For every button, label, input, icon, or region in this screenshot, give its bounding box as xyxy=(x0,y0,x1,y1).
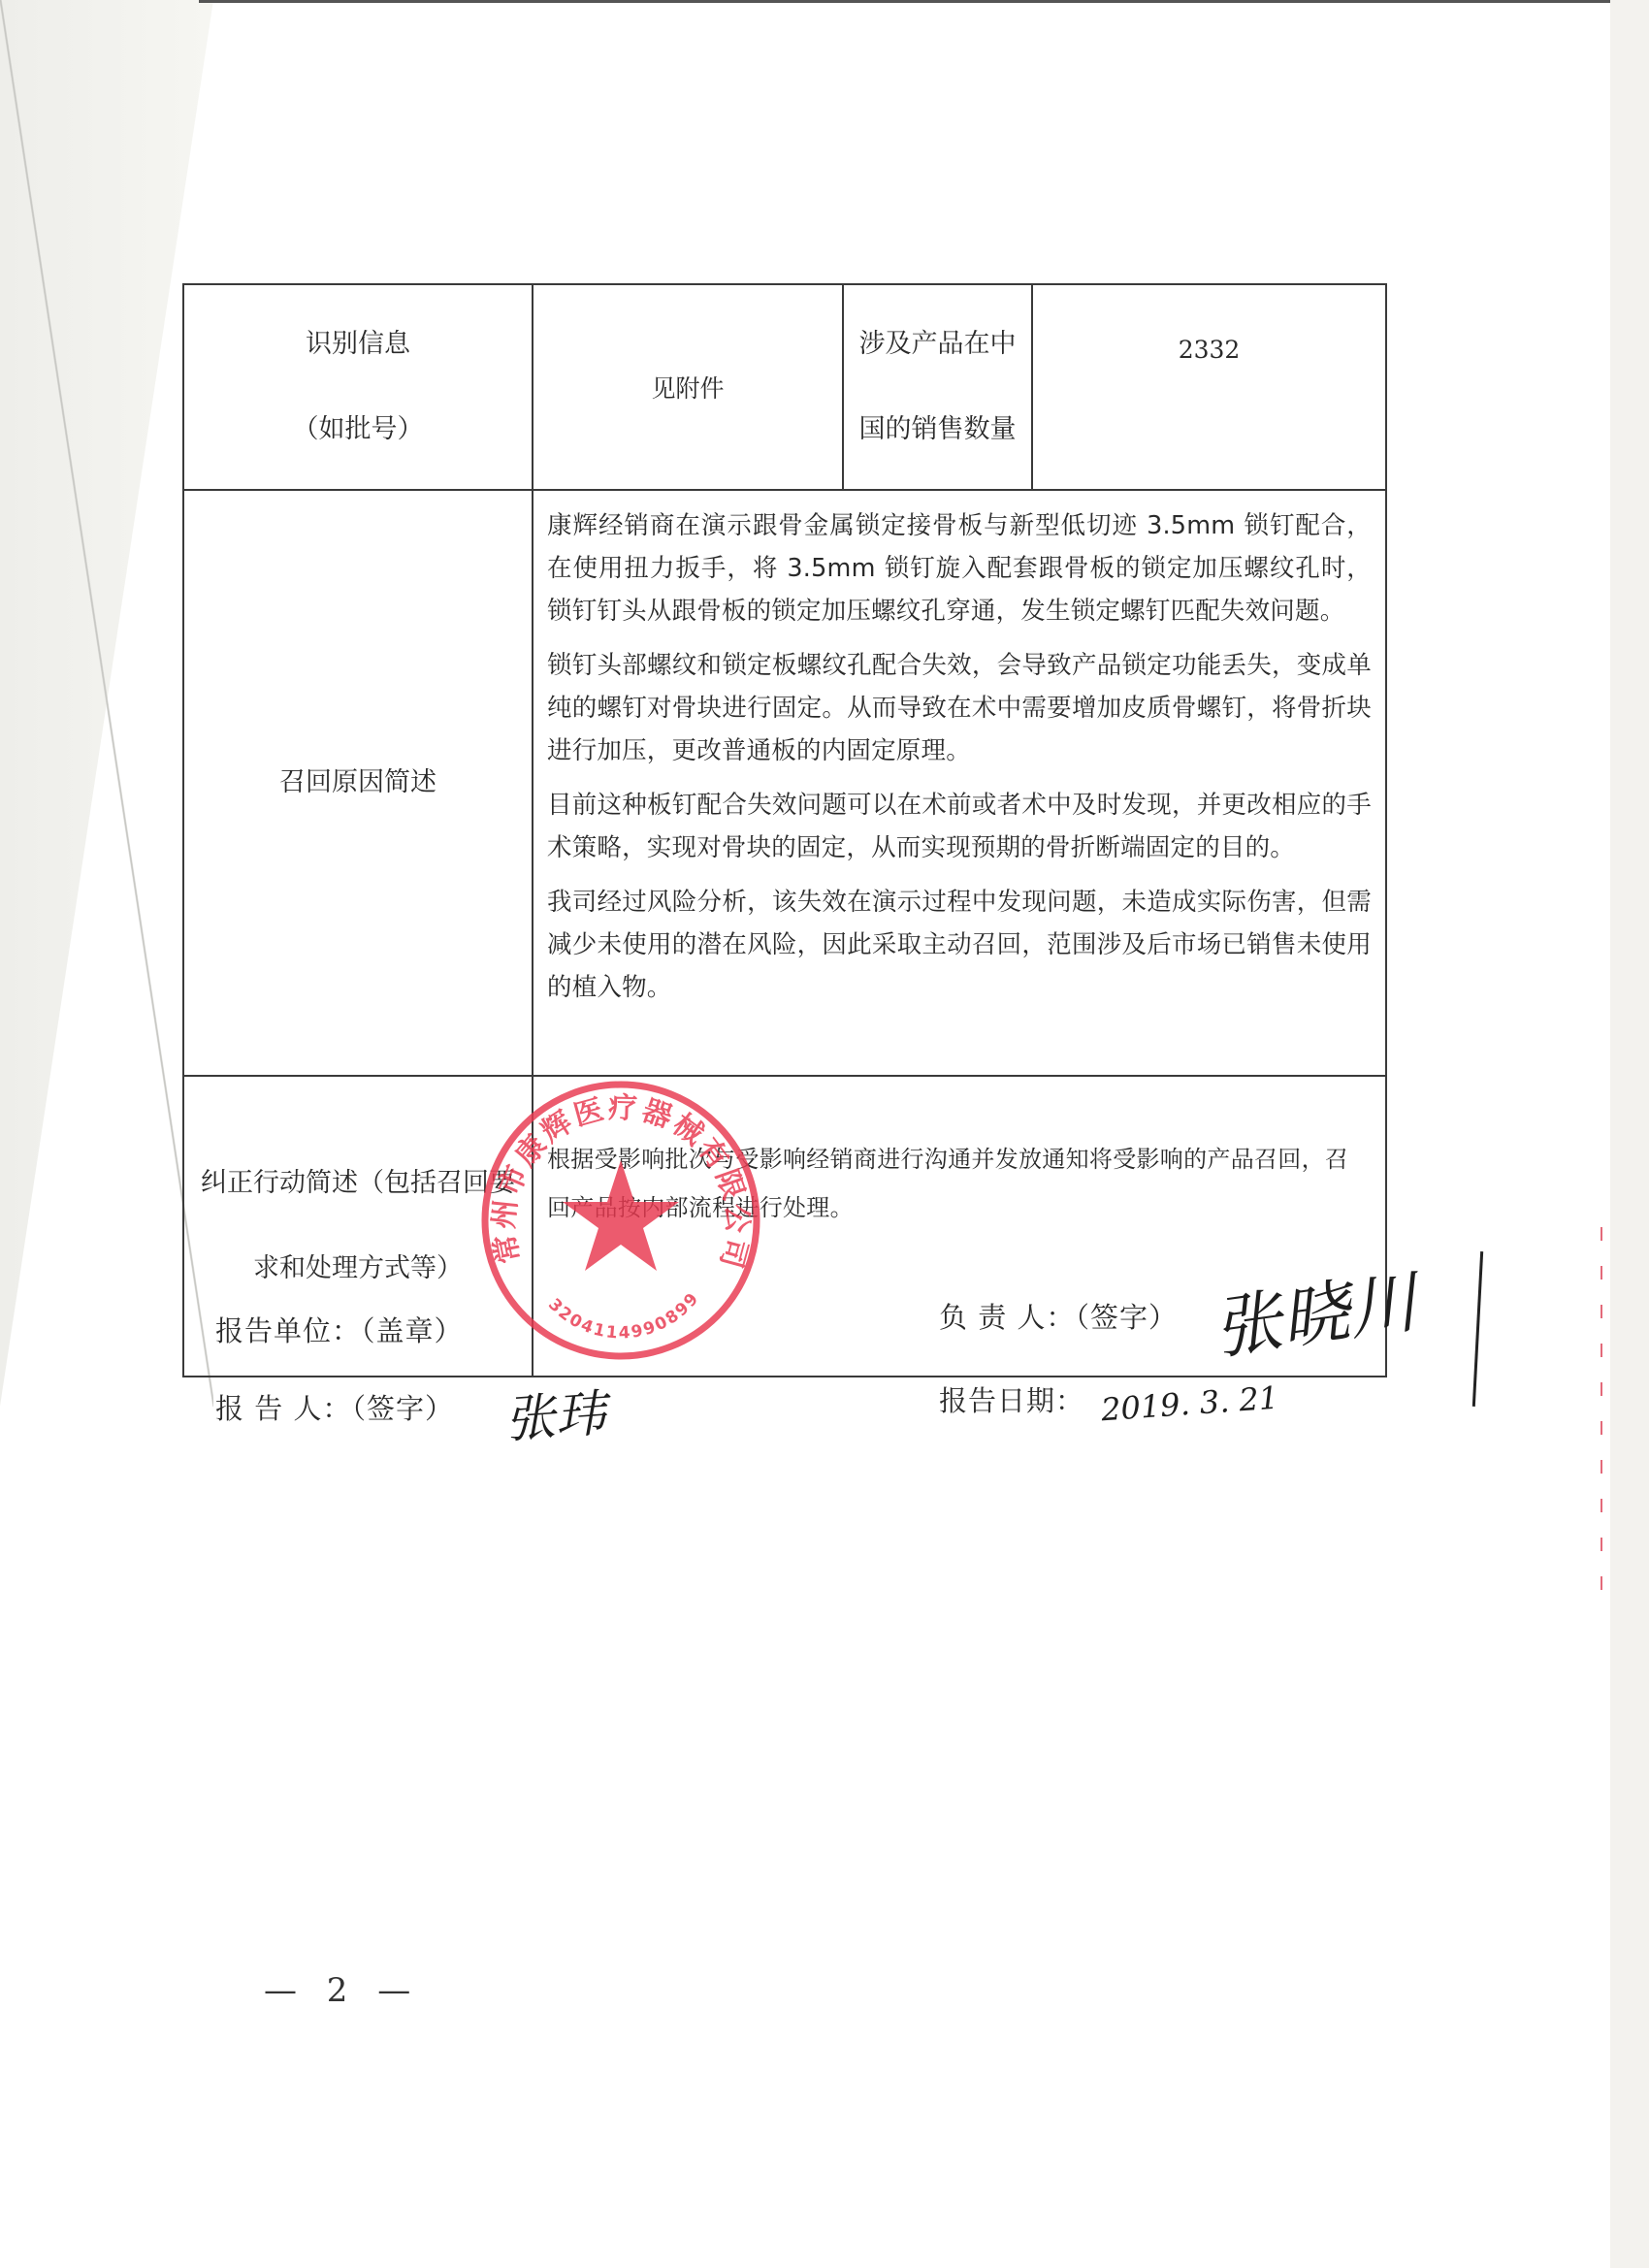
corrective-action-label-line2: 求和处理方式等） xyxy=(253,1253,463,1284)
responsible-note: （签字） xyxy=(1075,1301,1178,1334)
recall-reason-paragraph: 目前这种板钉配合失效问题可以在术前或者术中及时发现，并更改相应的手术策略，实现对… xyxy=(547,784,1372,869)
recall-reason-content: 康辉经销商在演示跟骨金属锁定接骨板与新型低切迹 3.5mm 锁钉配合，在使用扭力… xyxy=(533,490,1386,1076)
page-number: — 2 — xyxy=(264,1971,420,2010)
report-date-value: 2019. 3. 21 xyxy=(1100,1379,1279,1429)
sales-quantity-label-line2: 国的销售数量 xyxy=(859,414,1017,445)
reporter-note: （签字） xyxy=(351,1392,454,1425)
reporting-unit-label-text: 报告单位： xyxy=(215,1314,361,1347)
signature-stroke xyxy=(1472,1251,1483,1407)
identification-value: 见附件 xyxy=(533,284,843,490)
identification-label: 识别信息 xyxy=(306,329,410,360)
recall-reason-label: 召回原因简述 xyxy=(183,490,533,1076)
report-date-label: 报告日期： xyxy=(939,1379,1084,1419)
recall-reason-paragraph: 我司经过风险分析，该失效在演示过程中发现问题，未造成实际伤害，但需减少未使用的潜… xyxy=(547,881,1372,1009)
responsible-person-label: 负 责 人：（签字） xyxy=(939,1296,1178,1336)
table-row-identification: 识别信息 （如批号） 见附件 涉及产品在中 国的销售数量 2332 xyxy=(183,284,1386,490)
recall-reason-paragraph: 康辉经销商在演示跟骨金属锁定接骨板与新型低切迹 3.5mm 锁钉配合，在使用扭力… xyxy=(547,504,1372,632)
reporting-unit-label: 报告单位：（盖章） xyxy=(215,1310,464,1349)
recall-report-table: 识别信息 （如批号） 见附件 涉及产品在中 国的销售数量 2332 召回原因简述… xyxy=(182,283,1387,1377)
recall-reason-paragraph: 锁钉头部螺纹和锁定板螺纹孔配合失效，会导致产品锁定功能丢失，变成单纯的螺钉对骨块… xyxy=(547,644,1372,772)
reporter-signature: 张玮 xyxy=(502,1372,608,1451)
identification-label-cell: 识别信息 （如批号） xyxy=(183,284,533,490)
sales-quantity-label-line1: 涉及产品在中 xyxy=(859,329,1017,360)
reporter-label: 报 告 人：（签字） xyxy=(215,1387,454,1427)
seal-bleed-mark xyxy=(1600,1227,1602,1596)
corrective-action-label-line1: 纠正行动简述（包括召回要 xyxy=(201,1168,515,1199)
reporter-label-text: 报 告 人： xyxy=(215,1392,351,1425)
sales-quantity-label-cell: 涉及产品在中 国的销售数量 xyxy=(843,284,1032,490)
identification-sublabel: （如批号） xyxy=(293,414,424,445)
scan-right-margin xyxy=(1610,0,1649,2268)
sales-quantity-value: 2332 xyxy=(1032,284,1386,490)
scan-edge-line xyxy=(0,0,213,1407)
corrective-action-text: 根据受影响批次与受影响经销商进行沟通并发放通知将受影响的产品召回，召回产品按内部… xyxy=(547,1135,1372,1232)
table-row-recall-reason: 召回原因简述 康辉经销商在演示跟骨金属锁定接骨板与新型低切迹 3.5mm 锁钉配… xyxy=(183,490,1386,1076)
reporting-unit-note: （盖章） xyxy=(361,1314,464,1347)
responsible-label-text: 负 责 人： xyxy=(939,1301,1075,1334)
scan-top-border xyxy=(199,0,1649,3)
